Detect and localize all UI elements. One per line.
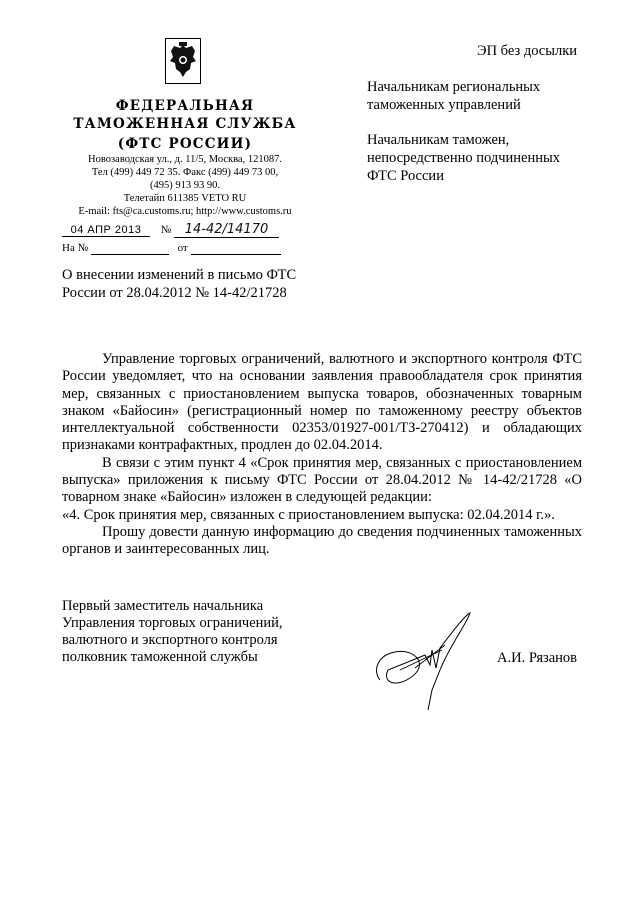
ref-number-label: На № xyxy=(62,242,88,254)
letter-subject: О внесении изменений в письмо ФТС России… xyxy=(62,266,342,302)
ref-from-label: от xyxy=(178,242,188,254)
body-paragraph-3: «4. Срок принятия мер, связанных с приос… xyxy=(62,507,582,524)
recipient2-line1: Начальникам таможен, xyxy=(367,131,560,149)
ref-date-field xyxy=(191,242,281,255)
email-web-line: E-mail: fts@ca.customs.ru; http://www.cu… xyxy=(60,205,310,218)
signatory-name: А.И. Рязанов xyxy=(497,650,577,667)
phone-fax-line: Тел (499) 449 72 35. Факс (499) 449 73 0… xyxy=(60,166,310,179)
signatory-title-line3: валютного и экспортного контроля xyxy=(62,632,283,649)
ref-number-field xyxy=(91,242,169,255)
double-headed-eagle-icon xyxy=(166,39,200,83)
teletype-line: Телетайп 611385 VETO RU xyxy=(60,192,310,205)
org-name-line1: ФЕДЕРАЛЬНАЯ xyxy=(60,98,310,114)
signatory-title: Первый заместитель начальника Управления… xyxy=(62,598,283,666)
recipient1-line1: Начальникам региональных xyxy=(367,78,540,96)
signatory-title-line4: полковник таможенной службы xyxy=(62,649,283,666)
phone-line: (495) 913 93 90. xyxy=(60,179,310,192)
recipient-customs: Начальникам таможен, непосредственно под… xyxy=(367,131,560,185)
address-line: Новозаводская ул., д. 11/5, Москва, 1210… xyxy=(60,153,310,166)
signatory-title-line1: Первый заместитель начальника xyxy=(62,598,283,615)
registration-row: 04 АПР 2013 № 14-42/14170 xyxy=(62,222,279,238)
org-name-line2: ТАМОЖЕННАЯ СЛУЖБА xyxy=(60,116,310,132)
recipient-regional: Начальникам региональных таможенных упра… xyxy=(367,78,540,114)
letter-body: Управление торговых ограничений, валютно… xyxy=(62,351,582,559)
subject-line2: России от 28.04.2012 № 14-42/21728 xyxy=(62,284,342,302)
registration-number: 14-42/14170 xyxy=(174,222,279,238)
signatory-title-line2: Управления торговых ограничений, xyxy=(62,615,283,632)
body-paragraph-1: Управление торговых ограничений, валютно… xyxy=(62,351,582,455)
subject-line1: О внесении изменений в письмо ФТС xyxy=(62,266,342,284)
recipient1-line2: таможенных управлений xyxy=(367,96,540,114)
registration-date: 04 АПР 2013 xyxy=(62,224,150,237)
recipient2-line2: непосредственно подчиненных xyxy=(367,149,560,167)
reference-row: На № от xyxy=(62,242,281,255)
body-paragraph-4: Прошу довести данную информацию до сведе… xyxy=(62,524,582,559)
delivery-note: ЭП без досылки xyxy=(477,42,577,60)
body-paragraph-2: В связи с этим пункт 4 «Срок принятия ме… xyxy=(62,455,582,507)
recipient2-line3: ФТС России xyxy=(367,167,560,185)
coat-of-arms-emblem xyxy=(165,38,201,84)
handwritten-signature-icon xyxy=(370,610,480,710)
org-abbr: (ФТС РОССИИ) xyxy=(60,136,310,152)
number-label: № xyxy=(161,224,172,236)
